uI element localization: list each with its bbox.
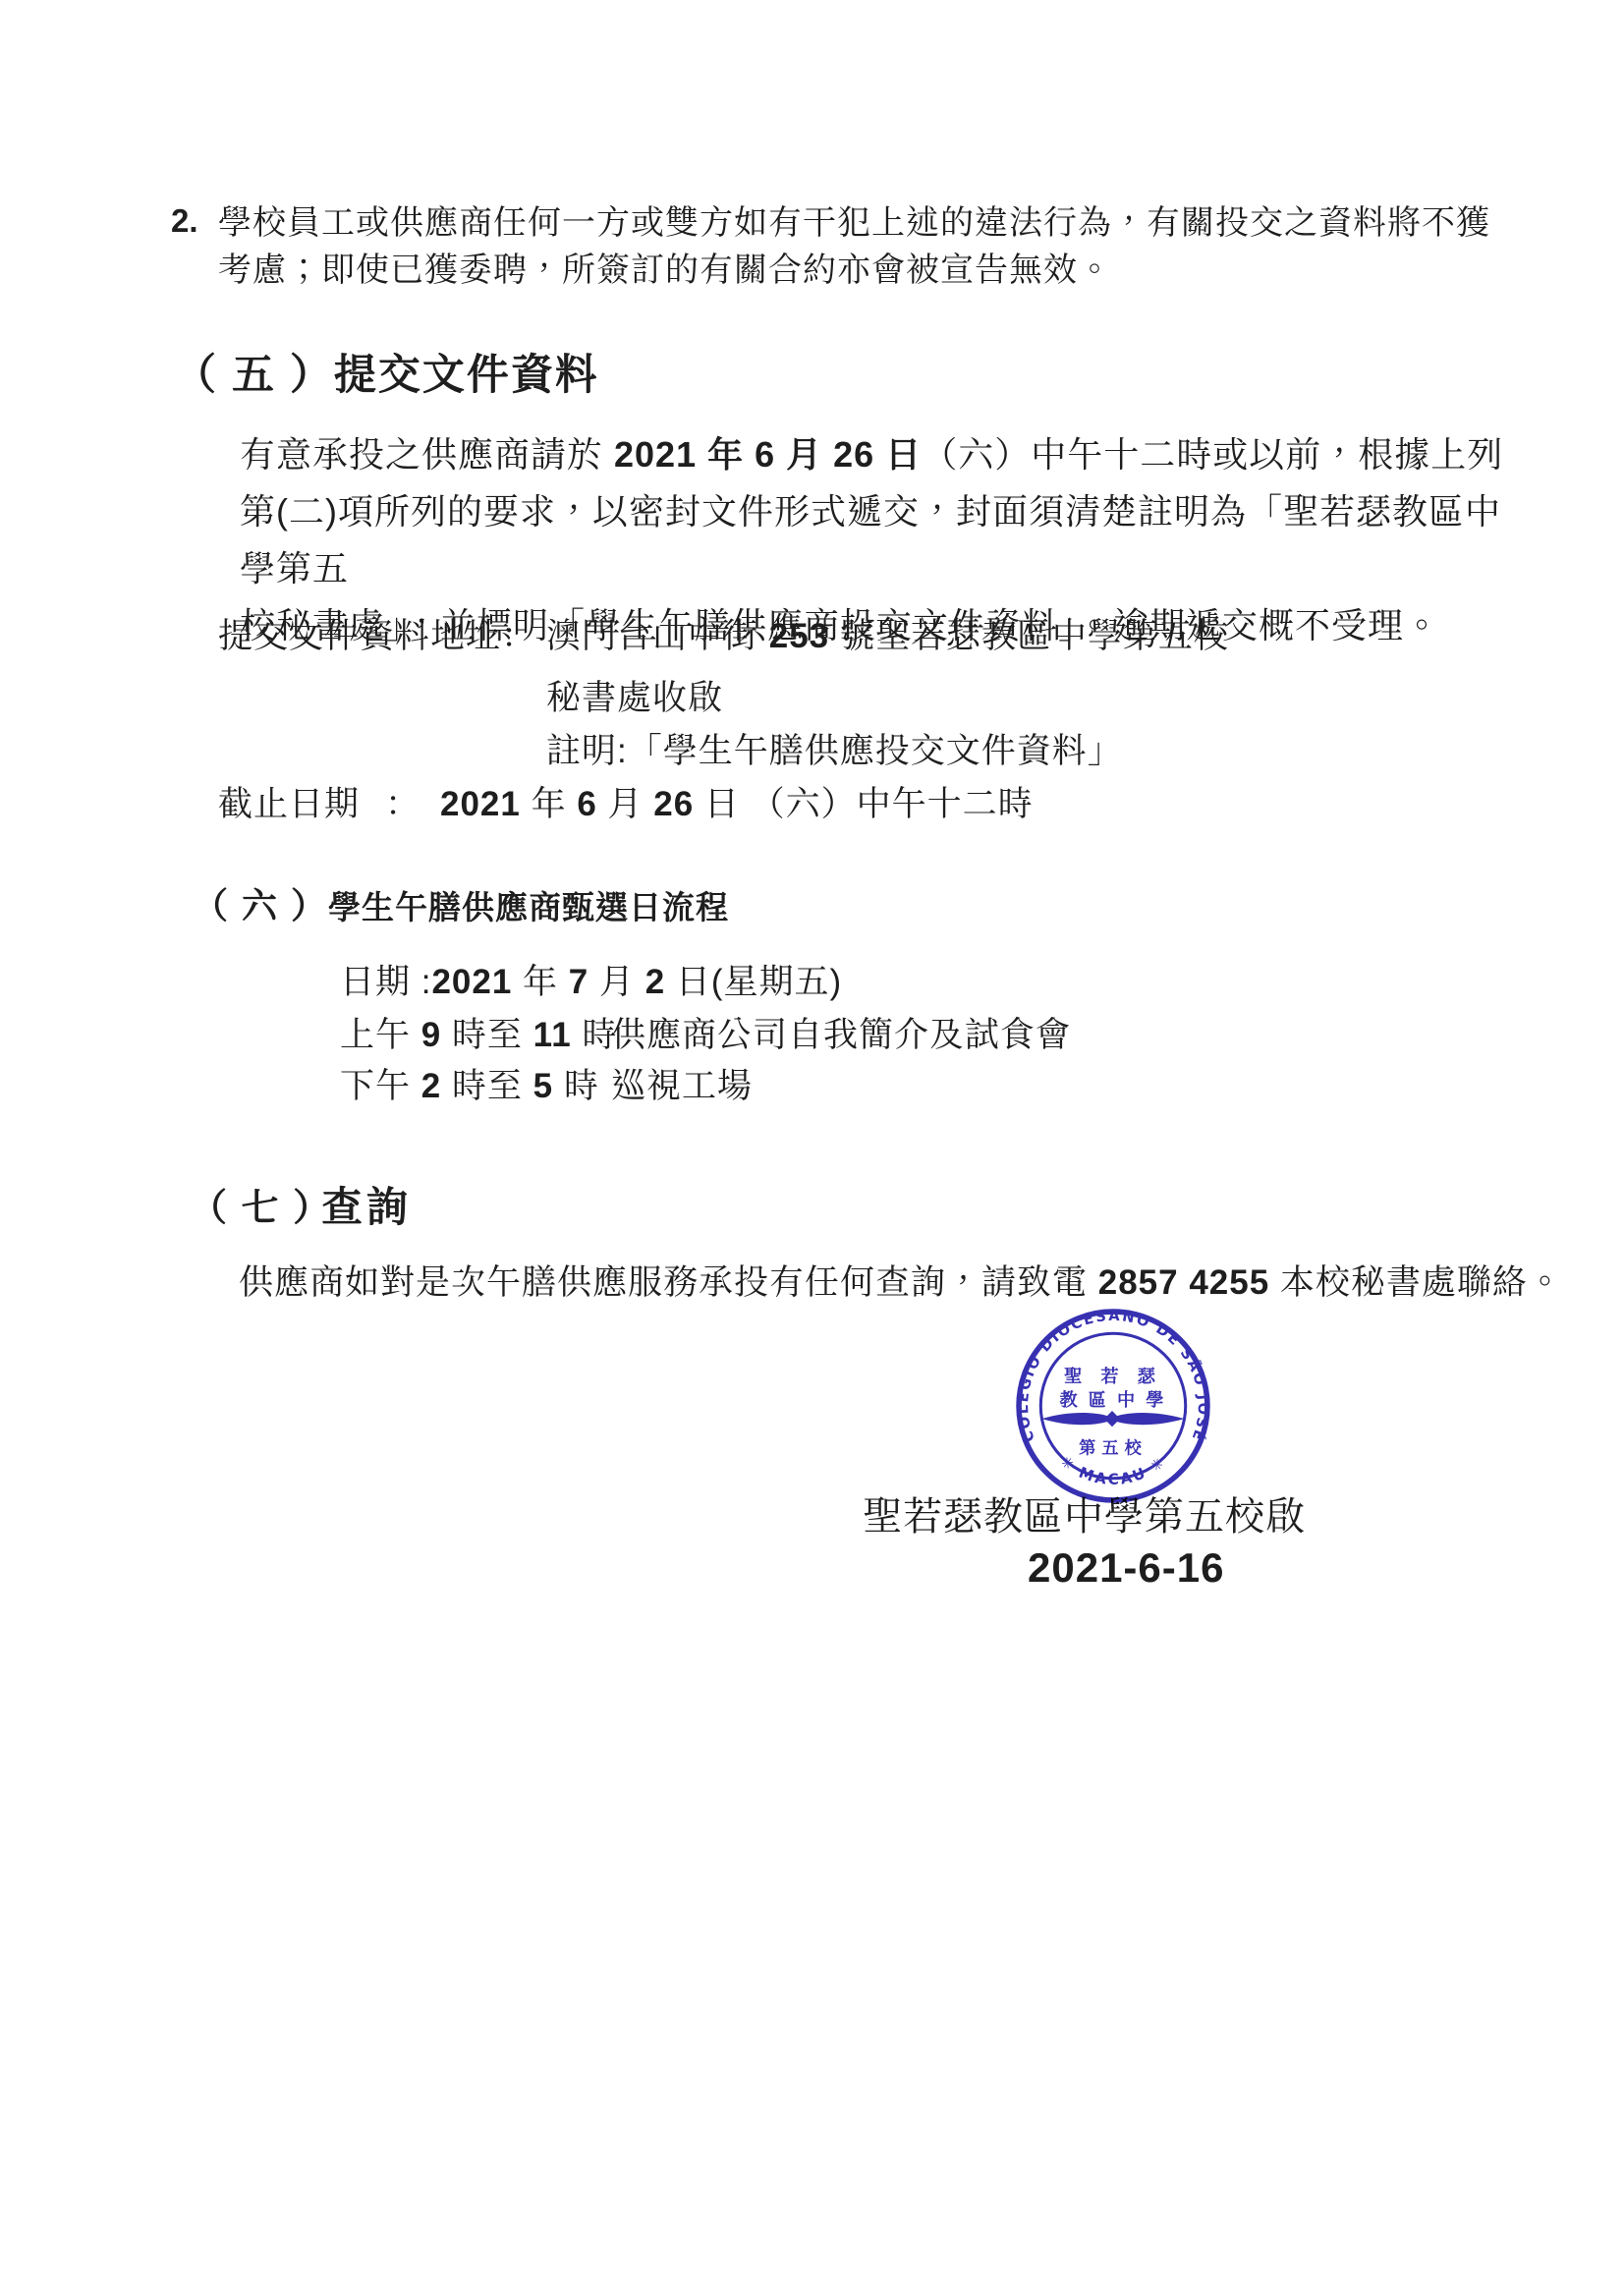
selection-day-date-line: 日期 :2021 年 7 月 2 日(星期五) <box>340 955 842 1004</box>
signature-date: 2021-6-16 <box>1028 1544 1224 1592</box>
school-stamp-seal: COLEGIO DIOCESANO DE SÃO JOSÉ ✳ MACAU ✳ … <box>1014 1307 1212 1505</box>
deadline-colon: ： <box>385 777 420 826</box>
deadline-label: 截止日期 <box>218 777 360 826</box>
clause-2-number: 2. <box>171 202 198 240</box>
section-six-heading: 學生午膳供應商甄選日流程 <box>328 882 729 928</box>
clause-2-line-2: 考慮；即使已獲委聘，所簽訂的有關合約亦會被宣告無效。 <box>218 247 1505 294</box>
schedule-row-1-time: 上午 9 時至 11 時 <box>340 1008 617 1057</box>
address-value: 澳門台山中街 253 號聖若瑟教區中學第五校 <box>546 609 1229 658</box>
clause-2-text: 學校員工或供應商任何一方或雙方如有干犯上述的違法行為，有關投交之資料將不獲 考慮… <box>218 199 1505 294</box>
stamp-divider-ornament <box>1041 1411 1184 1427</box>
address-colon: ： <box>501 609 536 658</box>
address-line-3: 註明:「學生午膳供應投交文件資料」 <box>546 724 1123 773</box>
address-label: 提交文件資料地址 <box>218 609 501 658</box>
section-five-heading: （ 五 ）提交文件資料 <box>174 342 599 402</box>
stamp-inner-line-2: 教 區 中 學 <box>1058 1389 1166 1410</box>
schedule-row-2-time: 下午 2 時至 5 時 <box>340 1059 599 1108</box>
section-seven-prefix: （ 七 ） <box>190 1177 332 1231</box>
stamp-inner-line-3: 第五校 <box>1079 1437 1148 1457</box>
stamp-inner-line-1: 聖 若 瑟 <box>1064 1366 1162 1386</box>
deadline-value: 2021 年 6 月 26 日 （六）中午十二時 <box>440 777 1034 826</box>
clause-2-line-1: 學校員工或供應商任何一方或雙方如有干犯上述的違法行為，有關投交之資料將不獲 <box>218 199 1505 247</box>
address-line-2: 秘書處收啟 <box>546 671 723 720</box>
section-five-paragraph-line-1: 有意承投之供應商請於 2021 年 6 月 26 日（六）中午十二時或以前，根據… <box>240 426 1537 483</box>
section-five-paragraph-line-2: 第(二)項所列的要求，以密封文件形式遞交，封面須清楚註明為「聖若瑟教區中學第五 <box>240 483 1537 597</box>
section-seven-heading: 查詢 <box>321 1175 412 1234</box>
scanned-document-page: 2. 學校員工或供應商任何一方或雙方如有干犯上述的違法行為，有關投交之資料將不獲… <box>0 0 1624 2296</box>
stamp-outer-bottom-text: ✳ MACAU ✳ <box>1057 1452 1170 1488</box>
section-six-prefix: （ 六 ） <box>193 878 328 928</box>
schedule-row-2-activity: 巡視工場 <box>611 1059 753 1108</box>
school-stamp: COLEGIO DIOCESANO DE SÃO JOSÉ ✳ MACAU ✳ … <box>1014 1307 1212 1505</box>
schedule-row-1-activity: 供應商公司自我簡介及試食會 <box>611 1008 1071 1057</box>
inquiry-paragraph: 供應商如對是次午膳供應服務承投有任何查詢，請致電 2857 4255 本校秘書處… <box>239 1256 1563 1305</box>
